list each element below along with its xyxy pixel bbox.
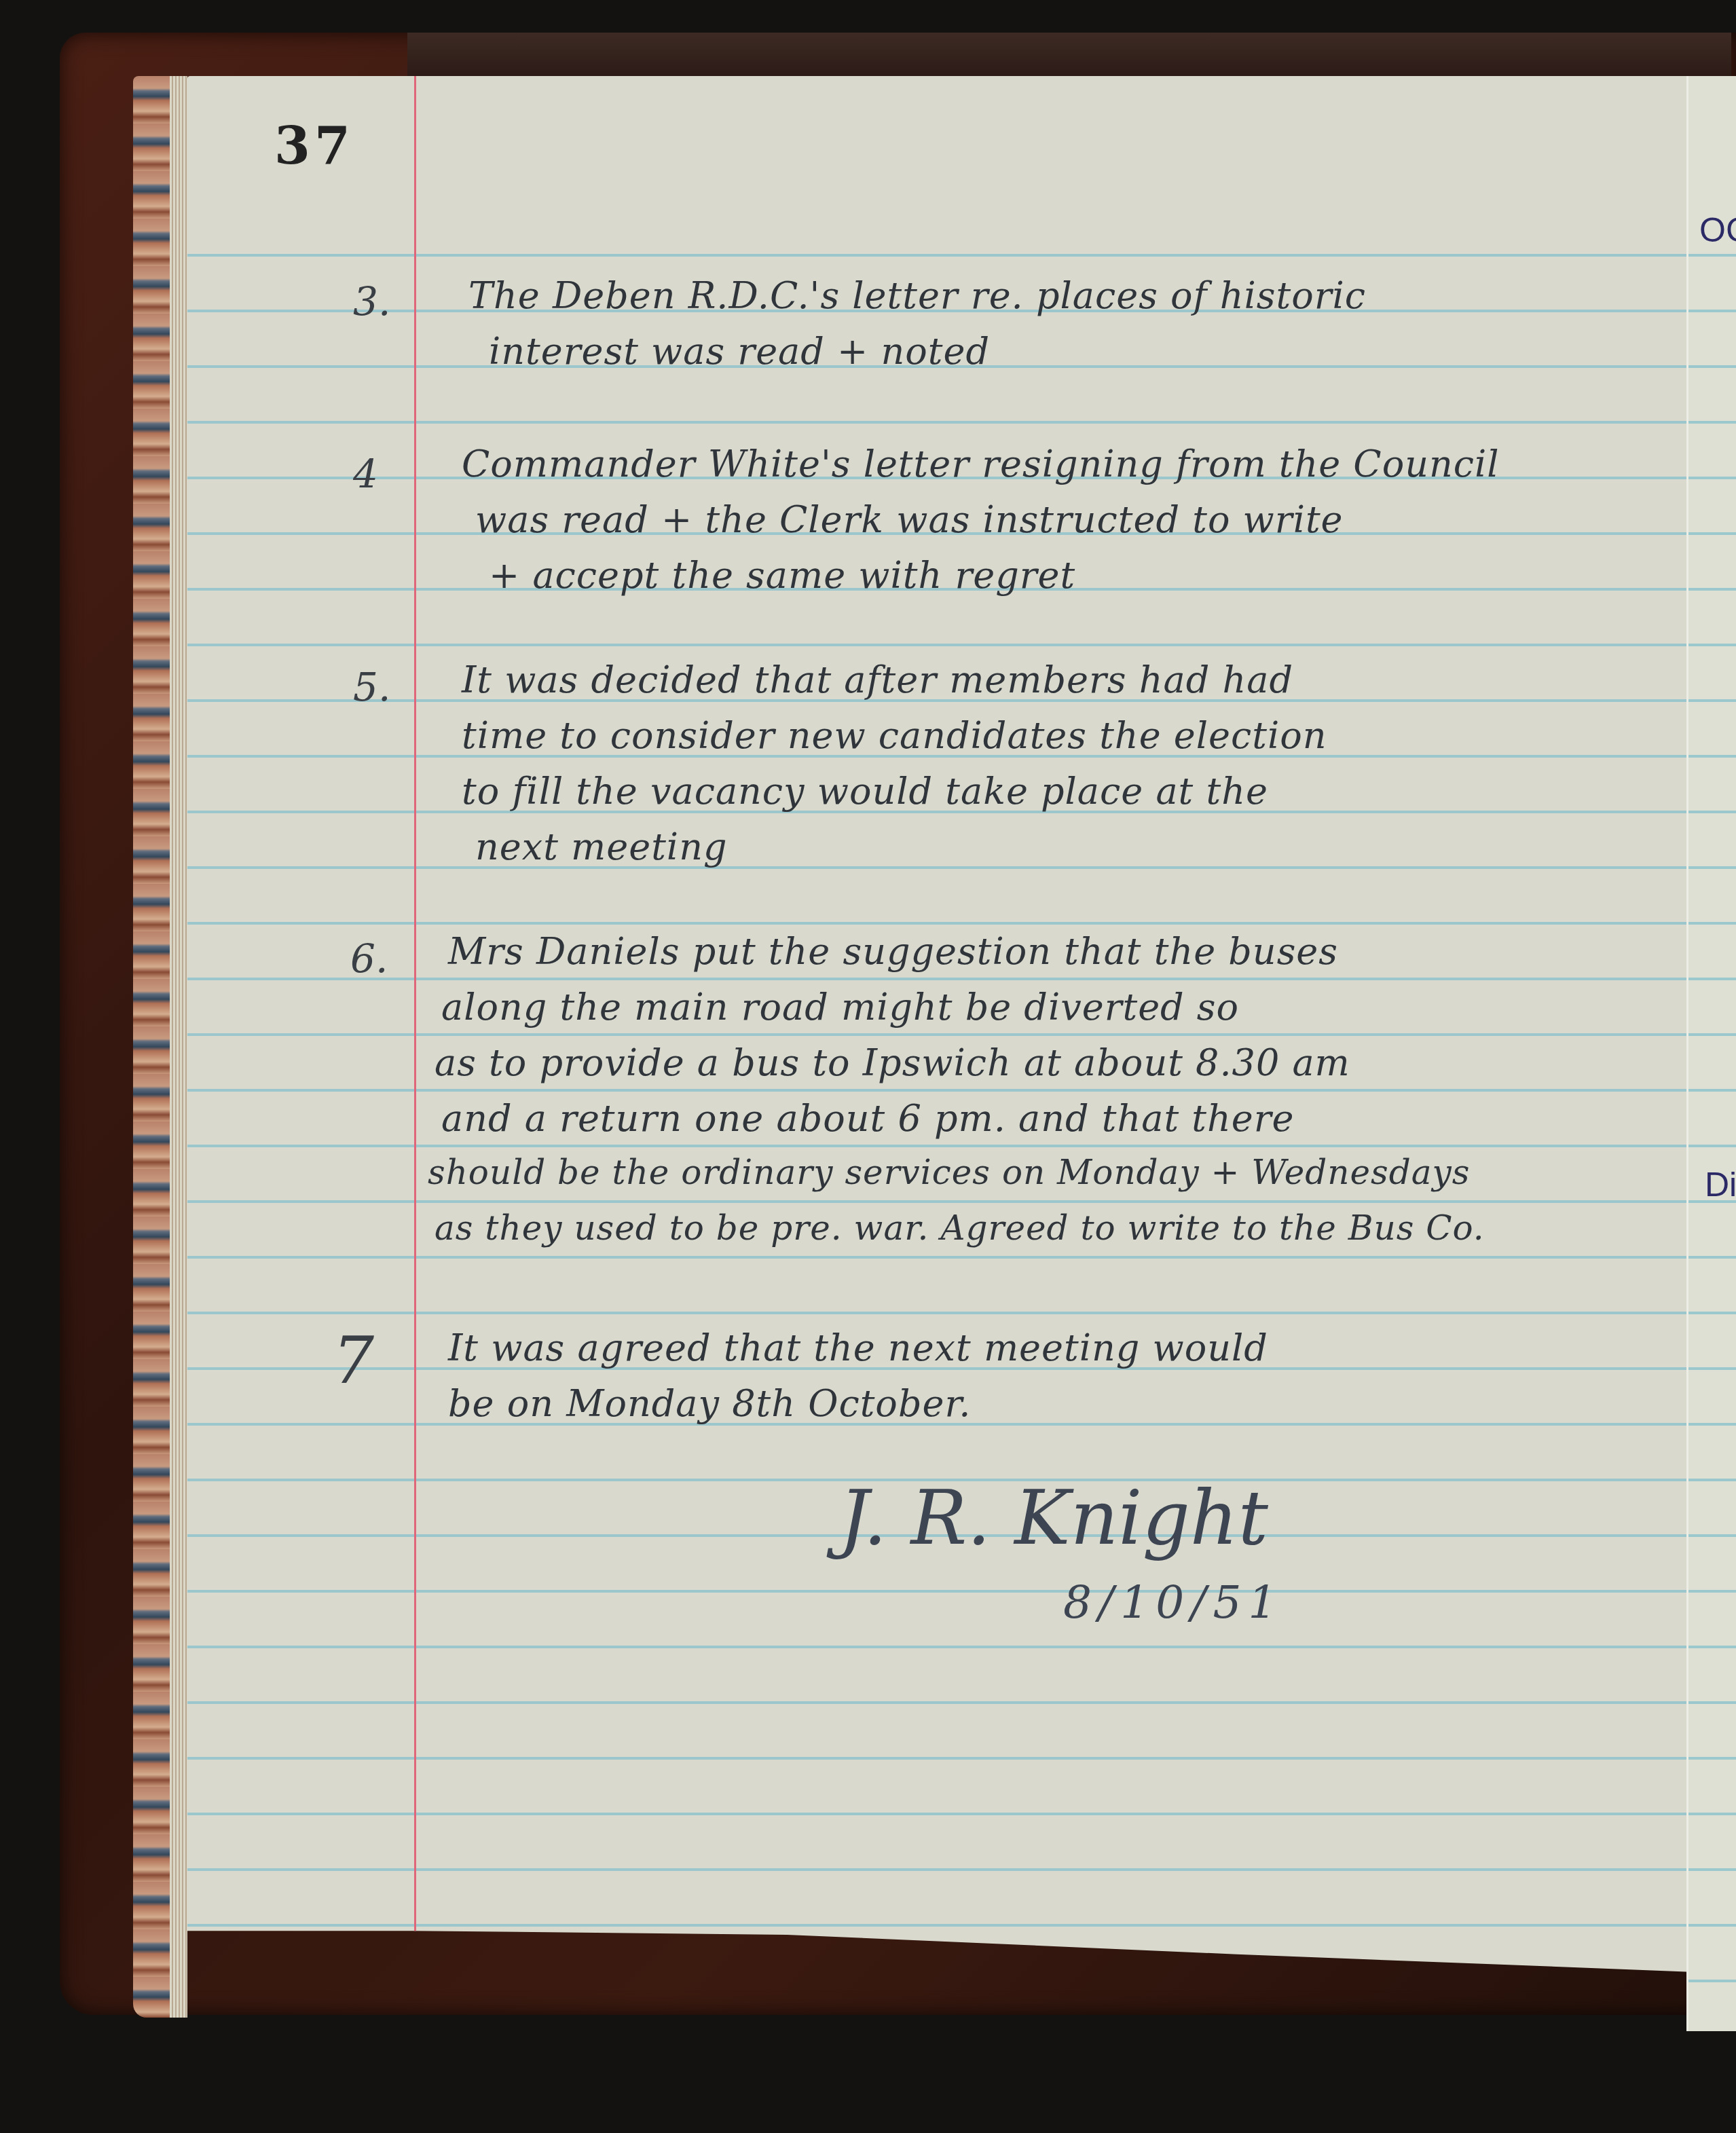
rule-line [187, 1868, 1686, 1871]
rule-line [187, 1757, 1686, 1760]
rule-line [1688, 1423, 1736, 1426]
signature-date: 8/10/51 [1063, 1576, 1283, 1629]
item-number-4: 4 [353, 451, 378, 497]
adjacent-page-fragment-2: Di [1705, 1165, 1736, 1204]
rule-line [187, 866, 1686, 869]
item-number-3: 3. [353, 278, 390, 324]
rule-line [1688, 1145, 1736, 1147]
rule-line [1688, 365, 1736, 368]
rule-line [187, 254, 1686, 257]
marbled-page-edges [133, 76, 187, 2018]
item-7-line-2: be on Monday 8th October. [448, 1382, 971, 1425]
rule-line [1688, 421, 1736, 424]
rule-line [187, 922, 1686, 925]
rule-line [1688, 1033, 1736, 1036]
rule-line [187, 1590, 1686, 1593]
rule-line [1688, 1924, 1736, 1927]
rule-line [1688, 699, 1736, 702]
item-5-line-3: to fill the vacancy would take place at … [462, 770, 1268, 813]
rule-line [187, 1312, 1686, 1314]
rule-line [187, 1701, 1686, 1704]
rule-line [1688, 477, 1736, 479]
rule-line [1688, 644, 1736, 646]
rule-line [187, 1033, 1686, 1036]
rule-line [1688, 254, 1736, 257]
book-spine-top [407, 33, 1731, 80]
rule-line [1688, 1089, 1736, 1092]
item-6-line-6: as they used to be pre. war. Agreed to w… [435, 1208, 1485, 1248]
rule-line [1688, 532, 1736, 535]
rule-line [1688, 1868, 1736, 1871]
item-6-line-1: Mrs Daniels put the suggestion that the … [448, 930, 1338, 973]
signature: J. R. Knight [839, 1474, 1268, 1561]
rule-line [1688, 310, 1736, 312]
rule-line [1688, 1590, 1736, 1593]
rule-line [1688, 1534, 1736, 1537]
page-number: 37 [274, 115, 354, 176]
rule-line [1688, 1479, 1736, 1481]
item-4-line-3: + accept the same with regret [489, 554, 1075, 597]
rule-line [1688, 1980, 1736, 1982]
adjacent-page-fragment-1: OC [1699, 210, 1736, 250]
item-6-line-4: and a return one about 6 pm. and that th… [441, 1097, 1294, 1140]
margin-line [414, 76, 416, 2024]
rule-line [1688, 811, 1736, 813]
rule-line [1688, 1646, 1736, 1648]
rule-line [187, 644, 1686, 646]
rule-line [1688, 1256, 1736, 1259]
rule-line [187, 1813, 1686, 1815]
item-number-6: 6. [350, 935, 388, 982]
rule-line [187, 1256, 1686, 1259]
item-6-line-2: along the main road might be diverted so [441, 986, 1239, 1028]
rule-line [1688, 1757, 1736, 1760]
rule-line [187, 1646, 1686, 1648]
rule-line [187, 1924, 1686, 1927]
item-6-line-3: as to provide a bus to Ipswich at about … [435, 1041, 1350, 1084]
item-5-line-1: It was decided that after members had ha… [462, 659, 1293, 701]
item-number-7: 7 [333, 1322, 374, 1398]
rule-line [1688, 978, 1736, 980]
item-6-line-5: should be the ordinary services on Monda… [428, 1153, 1470, 1192]
rule-line [1688, 1312, 1736, 1314]
adjacent-page: OC Di [1686, 76, 1736, 2031]
item-3-line-2: interest was read + noted [489, 330, 990, 373]
rule-line [187, 421, 1686, 424]
item-number-5: 5. [353, 664, 390, 710]
rule-line [1688, 866, 1736, 869]
rule-line [187, 978, 1686, 980]
rule-line [187, 1089, 1686, 1092]
item-3-line-1: The Deben R.D.C.'s letter re. places of … [468, 274, 1366, 317]
item-4-line-1: Commander White's letter resigning from … [462, 443, 1500, 485]
rule-line [1688, 755, 1736, 758]
rule-line [1688, 1813, 1736, 1815]
notebook-page: 37 3. The Deben R.D.C.'s letter re. plac… [187, 76, 1686, 2024]
rule-line [187, 1145, 1686, 1147]
rule-line [187, 1200, 1686, 1203]
rule-line [1688, 1367, 1736, 1370]
item-4-line-2: was read + the Clerk was instructed to w… [475, 498, 1344, 541]
item-5-line-4: next meeting [475, 826, 728, 868]
rule-line [1688, 1701, 1736, 1704]
item-5-line-2: time to consider new candidates the elec… [462, 714, 1327, 757]
rule-line [1688, 588, 1736, 591]
item-7-line-1: It was agreed that the next meeting woul… [448, 1327, 1268, 1369]
rule-line [1688, 922, 1736, 925]
